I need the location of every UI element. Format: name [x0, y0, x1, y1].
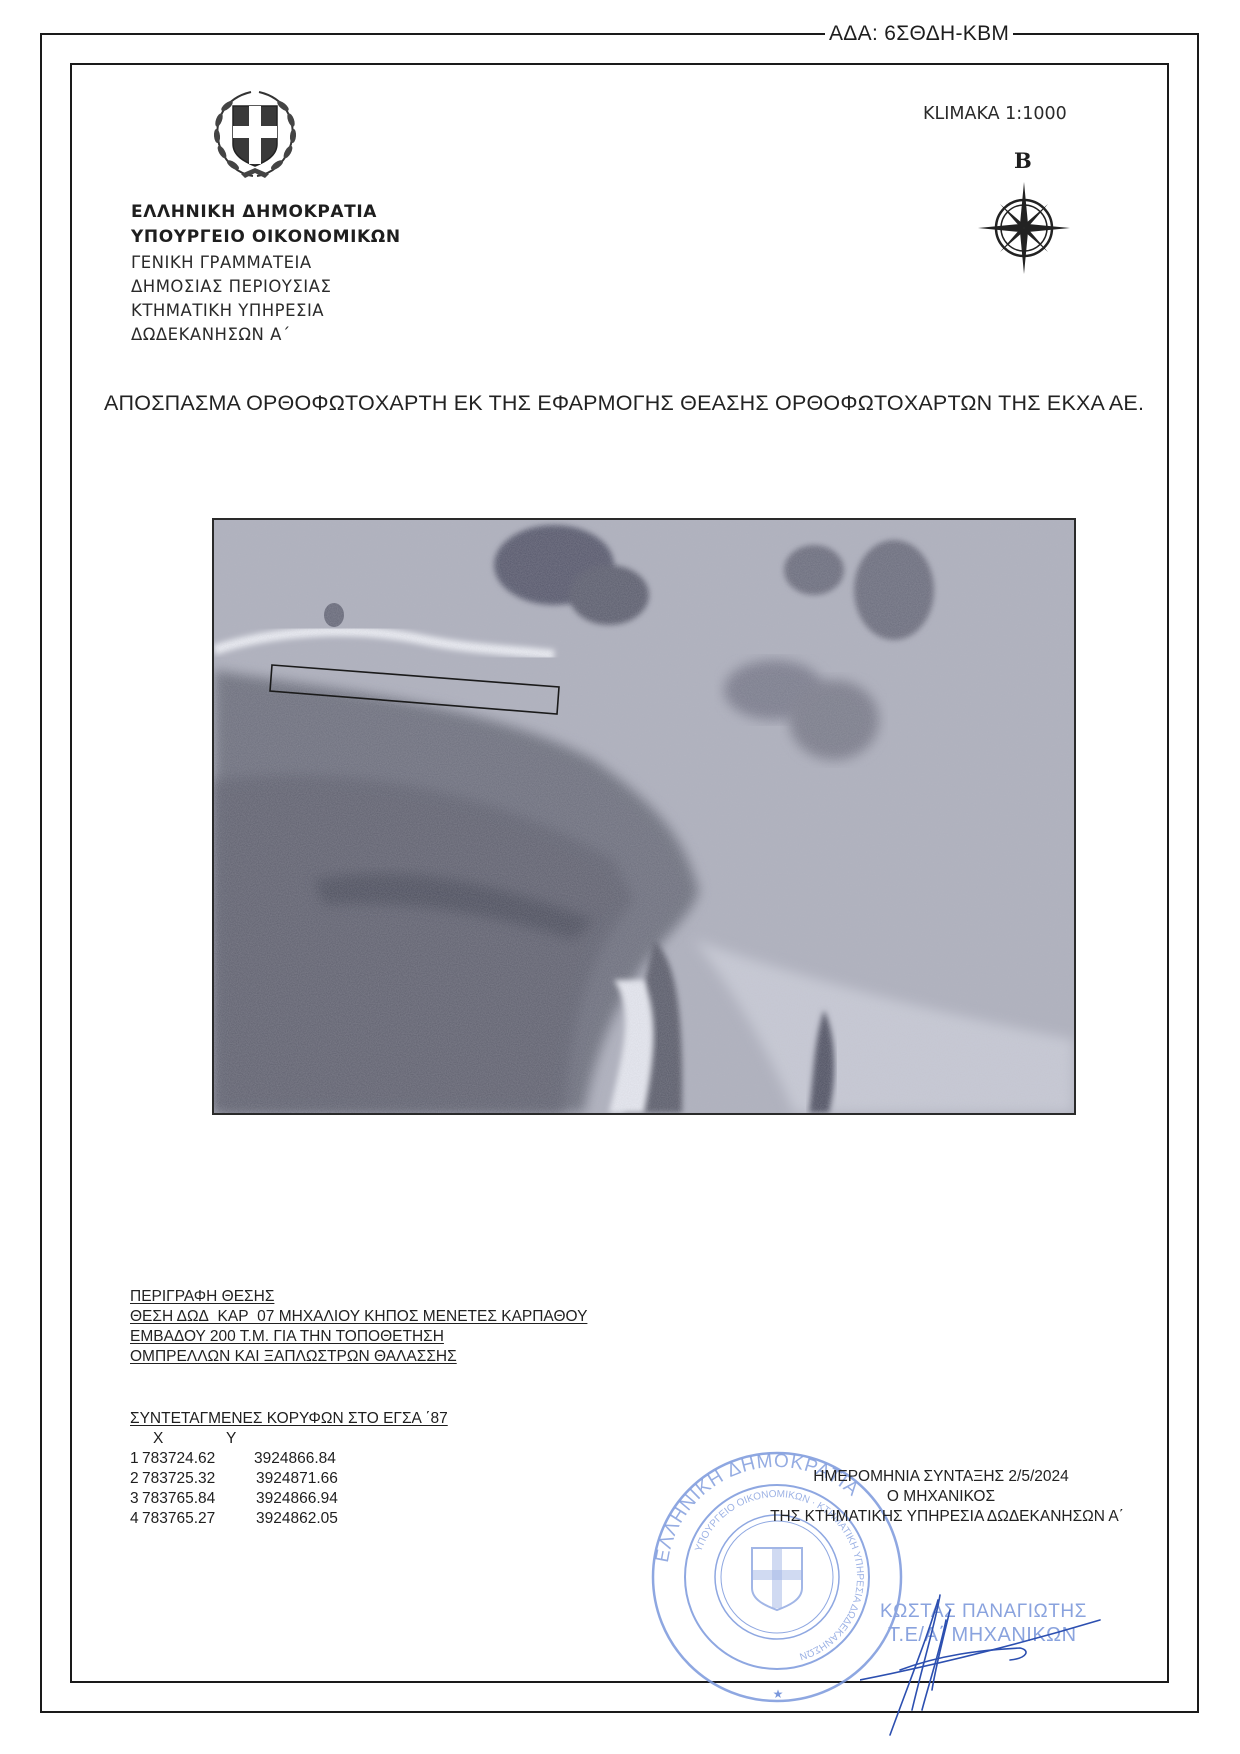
header-cadastral-service: ΚΤΗΜΑΤΙΚΗ ΥΠΗΡΕΣΙΑ — [131, 299, 324, 323]
vertex-number: 4 — [130, 1510, 139, 1528]
header-dodecanese: ΔΩΔΕΚΑΝΗΣΩΝ Α΄ — [131, 323, 291, 347]
coordinates-title: ΣΥΝΤΕΤΑΓΜΕΝΕΣ ΚΟΡΥΦΩΝ ΣΤΟ ΕΓΣΑ ΄87 — [130, 1410, 448, 1428]
handwritten-signature — [860, 1580, 1110, 1740]
vertex-number: 2 — [130, 1470, 139, 1488]
orthophoto-map — [212, 518, 1076, 1115]
vertex-y: 3924866.94 — [256, 1490, 338, 1508]
header-public-property: ΔΗΜΟΣΙΑΣ ΠΕΡΙΟΥΣΙΑΣ — [131, 275, 331, 299]
coordinate-row: 3 783765.84 3924866.94 — [130, 1490, 430, 1510]
coordinates-y-header: Y — [226, 1430, 236, 1448]
compass-rose-icon — [976, 180, 1072, 276]
vertex-x: 783725.32 — [142, 1470, 215, 1488]
north-label: B — [1014, 148, 1032, 173]
vertex-y: 3924866.84 — [254, 1450, 336, 1468]
compilation-date: ΗΜΕΡΟΜΗΝΙΑ ΣΥΝΤΑΞΗΣ 2/5/2024 — [796, 1468, 1086, 1486]
header-republic: ΕΛΛΗΝΙΚΗ ΔΗΜΟΚΡΑΤΙΑ — [131, 200, 377, 224]
vertex-x: 783765.27 — [142, 1510, 215, 1528]
vertex-number: 3 — [130, 1490, 139, 1508]
header-ministry: ΥΠΟΥΡΓΕΙΟ ΟΙΚΟΝΟΜΙΚΩΝ — [131, 225, 401, 249]
vertex-y: 3924871.66 — [256, 1470, 338, 1488]
ada-code: ΑΔΑ: 6ΣΘΔΗ-ΚΒΜ — [825, 22, 1013, 46]
document-title: ΑΠΟΣΠΑΣΜΑ ΟΡΘΟΦΩΤΟΧΑΡΤΗ ΕΚ ΤΗΣ ΕΦΑΡΜΟΓΗΣ… — [104, 391, 1144, 416]
vertex-y: 3924862.05 — [256, 1510, 338, 1528]
coordinate-row: 1 783724.62 3924866.84 — [130, 1450, 430, 1470]
map-scale: KLIMAKA 1:1000 — [923, 104, 1067, 124]
header-general-secretariat: ΓΕΝΙΚΗ ΓΡΑΜΜΑΤΕΙΑ — [131, 251, 312, 275]
coordinate-row: 2 783725.32 3924871.66 — [130, 1470, 430, 1490]
engineer-role: Ο ΜΗΧΑΝΙΚΟΣ — [796, 1488, 1086, 1506]
coordinate-row: 4 783765.27 3924862.05 — [130, 1510, 430, 1530]
svg-text:★: ★ — [773, 1687, 784, 1701]
description-heading: ΠΕΡΙΓΡΑΦΗ ΘΕΣΗΣ — [130, 1287, 274, 1307]
greek-coat-of-arms-icon — [205, 86, 305, 182]
description-line-purpose: ΟΜΠΡΕΛΛΩΝ ΚΑΙ ΞΑΠΛΩΣΤΡΩΝ ΘΑΛΑΣΣΗΣ — [130, 1347, 457, 1367]
description-line-location: ΘΕΣΗ ΔΩΔ_ΚΑΡ_07 ΜΗΧΑΛΙΟΥ ΚΗΠΟΣ ΜΕΝΕΤΕΣ Κ… — [130, 1307, 587, 1327]
coordinates-x-header: X — [153, 1430, 163, 1448]
engineer-office: ΤΗΣ ΚΤΗΜΑΤΙΚΗΣ ΥΠΗΡΕΣΙΑ ΔΩΔΕΚΑΝΗΣΩΝ Α΄ — [752, 1508, 1142, 1526]
vertex-number: 1 — [130, 1450, 139, 1468]
description-line-area: ΕΜΒΑΔΟΥ 200 Τ.Μ. ΓΙΑ ΤΗΝ ΤΟΠΟΘΕΤΗΣΗ — [130, 1327, 444, 1347]
vertex-x: 783765.84 — [142, 1490, 215, 1508]
vertex-x: 783724.62 — [142, 1450, 215, 1468]
